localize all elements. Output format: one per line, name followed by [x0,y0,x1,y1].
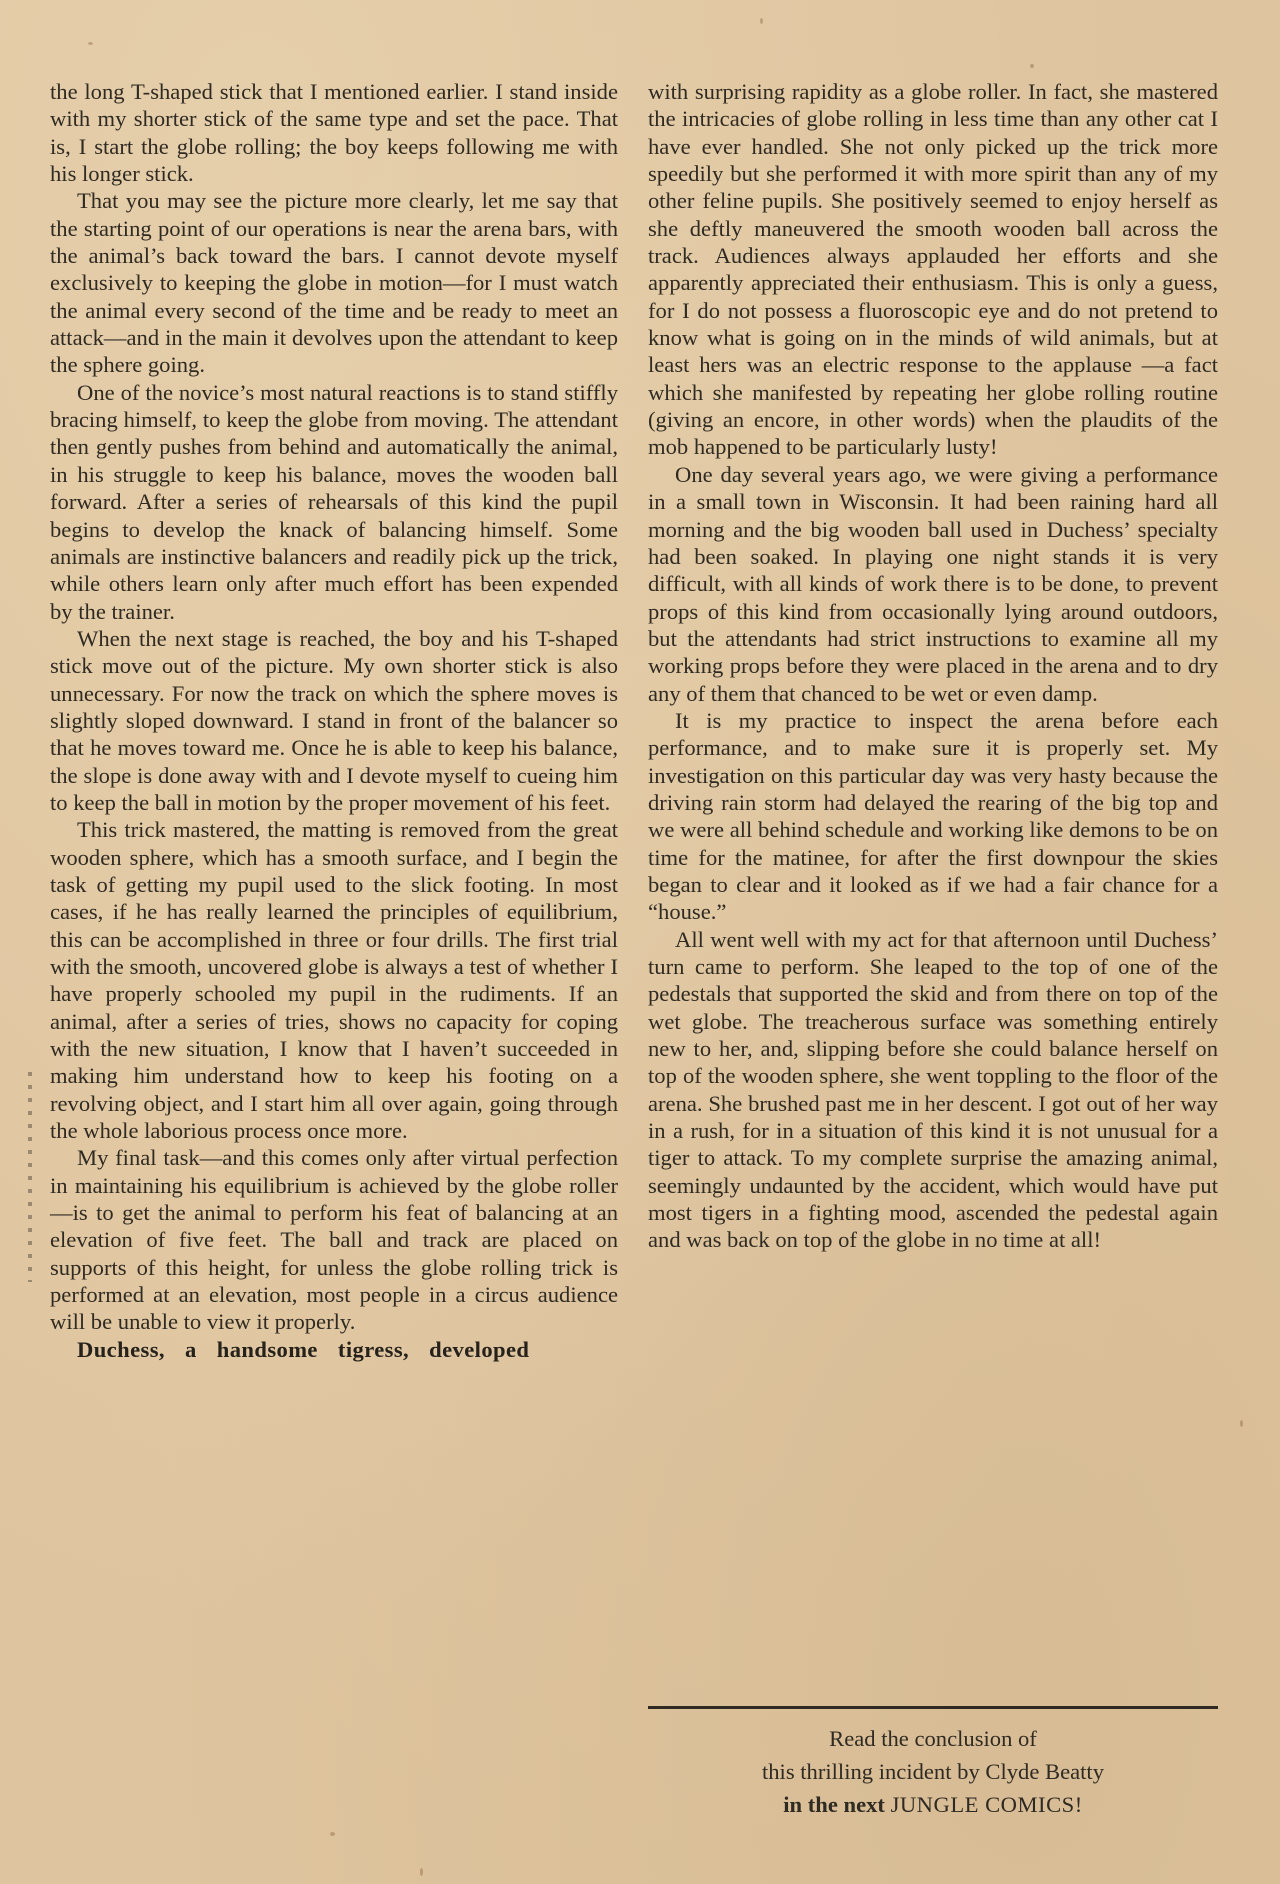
continuation-notice: Read the conclusion of this thrilling in… [648,1722,1218,1821]
paragraph-bold-lead: Duchess, a handsome tigress, developed [50,1336,618,1363]
paper-speck [420,1868,423,1876]
paragraph: It is my practice to inspect the arena b… [648,707,1218,926]
paper-speck [760,18,763,24]
paper-speck [88,42,93,45]
paragraph: One day several years ago, we were givin… [648,461,1218,707]
magazine-title: JUNGLE COMICS! [891,1792,1083,1817]
paragraph: This trick mastered, the matting is re­m… [50,816,618,1144]
paragraph: with surprising rapidity as a globe roll… [648,78,1218,461]
section-divider [648,1706,1218,1709]
paper-speck [1240,1420,1243,1427]
right-column: with surprising rapidity as a globe roll… [648,78,1218,1254]
paragraph: When the next stage is reached, the boy … [50,625,618,816]
margin-binding-marks [28,1072,32,1282]
notice-line-3: in the next JUNGLE COMICS! [648,1788,1218,1821]
comic-text-page: the long T-shaped stick that I mentioned… [0,0,1280,1884]
paragraph: the long T-shaped stick that I mentioned… [50,78,618,187]
notice-line-3-prefix: in the next [783,1792,885,1817]
notice-line-1: Read the conclusion of [648,1722,1218,1755]
paragraph: That you may see the picture more clearl… [50,187,618,378]
paper-speck [1030,64,1034,68]
notice-line-2: this thrilling incident by Clyde Beatty [648,1755,1218,1788]
paper-speck [330,1832,335,1836]
paragraph: My final task—and this comes only after … [50,1144,618,1335]
paragraph: One of the novice’s most natural reactio… [50,379,618,625]
left-column: the long T-shaped stick that I mentioned… [50,78,618,1363]
paragraph: All went well with my act for that after… [648,926,1218,1254]
